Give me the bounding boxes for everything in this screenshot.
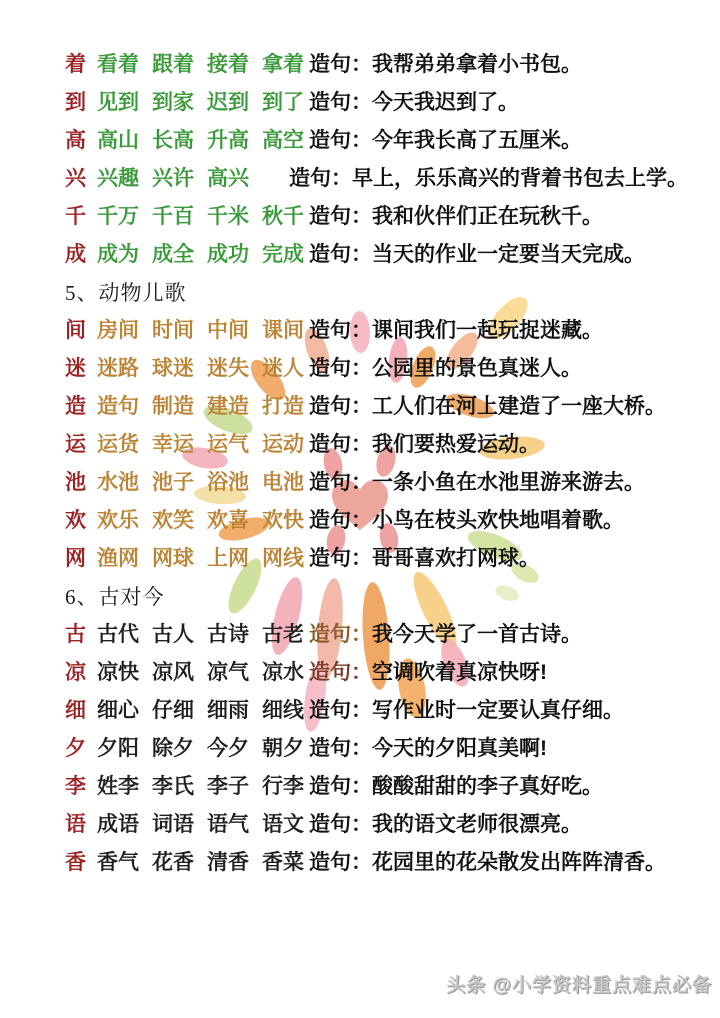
compound-word: 长高 [152,122,194,160]
compound-words: 运货幸运运气运动 [97,426,309,464]
main-character: 香 [65,844,97,882]
compound-word: 中间 [207,312,249,350]
compound-word: 到家 [152,84,194,122]
sentence-text: 酸酸甜甜的李子真好吃。 [372,775,603,798]
example-sentence: 造句：早上，乐乐高兴的背着书包去上学。 [289,160,688,198]
compound-words: 迷路球迷迷失迷人 [97,350,309,388]
compound-word: 古老 [262,616,304,654]
compound-words: 千万千百千米秋千 [97,198,309,236]
compound-word: 运动 [262,426,304,464]
vocab-row-池: 池水池池子浴池电池造句：一条小鱼在水池里游来游去。 [65,464,688,502]
compound-word: 渔网 [97,540,139,578]
example-sentence: 造句：当天的作业一定要当天完成。 [309,236,645,274]
sentence-label: 造句： [309,471,372,494]
example-sentence: 造句：写作业时一定要认真仔细。 [309,692,624,730]
compound-word: 仔细 [152,692,194,730]
compound-word: 兴趣 [97,160,139,198]
compound-word: 制造 [152,388,194,426]
main-character: 迷 [65,350,97,388]
vocab-row-千: 千千万千百千米秋千造句：我和伙伴们正在玩秋千。 [65,198,688,236]
compound-word: 高山 [97,122,139,160]
vocab-row-成: 成成为成全成功完成造句：当天的作业一定要当天完成。 [65,236,688,274]
vocab-row-到: 到见到到家迟到到了造句：今天我迟到了。 [65,84,688,122]
sentence-label: 造句： [309,205,372,228]
compound-word: 千万 [97,198,139,236]
vocab-row-间: 间房间时间中间课间造句：课间我们一起玩捉迷藏。 [65,312,688,350]
compound-word: 升高 [207,122,249,160]
compound-word: 网球 [152,540,194,578]
sentence-label: 造句： [309,851,372,874]
example-sentence: 造句：花园里的花朵散发出阵阵清香。 [309,844,666,882]
compound-words: 水池池子浴池电池 [97,464,309,502]
compound-word: 浴池 [207,464,249,502]
example-sentence: 造句：公园里的景色真迷人。 [309,350,582,388]
sentence-text: 一条小鱼在水池里游来游去。 [372,471,645,494]
compound-words: 姓李李氏李子行李 [97,768,309,806]
vocab-row-语: 语成语词语语气语文造句：我的语文老师很漂亮。 [65,806,688,844]
vocab-row-造: 造造句制造建造打造造句：工人们在河上建造了一座大桥。 [65,388,688,426]
sentence-text: 课间我们一起玩捉迷藏。 [372,319,603,342]
sentence-text: 我们要热爱运动。 [372,433,540,456]
sentence-text: 写作业时一定要认真仔细。 [372,699,624,722]
vocab-row-着: 着看着跟着接着拿着造句：我帮弟弟拿着小书包。 [65,46,688,84]
vocab-row-运: 运运货幸运运气运动造句：我们要热爱运动。 [65,426,688,464]
compound-words: 欢乐欢笑欢喜欢快 [97,502,309,540]
compound-word: 古代 [97,616,139,654]
example-sentence: 造句：课间我们一起玩捉迷藏。 [309,312,603,350]
compound-word: 幸运 [152,426,194,464]
sentence-label: 造句： [309,813,372,836]
compound-words: 高山长高升高高空 [97,122,309,160]
compound-word: 上网 [207,540,249,578]
compound-word: 清香 [207,844,249,882]
example-sentence: 造句：今年我长高了五厘米。 [309,122,582,160]
sentence-label: 造句： [309,53,372,76]
compound-word: 课间 [262,312,304,350]
compound-word: 细线 [262,692,304,730]
sentence-label: 造句： [309,357,372,380]
vocab-row-凉: 凉凉快凉风凉气凉水造句：空调吹着真凉快呀! [65,654,688,692]
sentence-label: 造句： [309,395,372,418]
compound-words: 看着跟着接着拿着 [97,46,309,84]
sentence-label: 造句： [289,167,352,190]
compound-words: 细心仔细细雨细线 [97,692,309,730]
compound-word: 夕阳 [97,730,139,768]
compound-word: 香气 [97,844,139,882]
compound-words: 夕阳除夕今夕朝夕 [97,730,309,768]
compound-word: 接着 [207,46,249,84]
main-character: 李 [65,768,97,806]
example-sentence: 造句：我的语文老师很漂亮。 [309,806,582,844]
compound-word: 完成 [262,236,304,274]
example-sentence: 造句：今天我迟到了。 [309,84,519,122]
section-header-section-6: 6、古对今 [65,578,688,616]
compound-words: 兴趣兴许高兴 [97,160,289,198]
compound-word: 迷路 [97,350,139,388]
example-sentence: 造句：空调吹着真凉快呀! [309,654,547,692]
compound-word: 成语 [97,806,139,844]
main-character: 造 [65,388,97,426]
main-character: 到 [65,84,97,122]
compound-word: 运气 [207,426,249,464]
example-sentence: 造句：小鸟在枝头欢快地唱着歌。 [309,502,624,540]
compound-word: 迷失 [207,350,249,388]
compound-word: 成为 [97,236,139,274]
compound-word: 凉水 [262,654,304,692]
compound-word: 欢快 [262,502,304,540]
sentence-label: 造句： [309,129,372,152]
sentence-text: 小鸟在枝头欢快地唱着歌。 [372,509,624,532]
compound-word: 李氏 [152,768,194,806]
compound-words: 香气花香清香香菜 [97,844,309,882]
compound-word: 迟到 [207,84,249,122]
main-character: 运 [65,426,97,464]
compound-word: 池子 [152,464,194,502]
compound-words: 房间时间中间课间 [97,312,309,350]
compound-word: 到了 [262,84,304,122]
example-sentence: 造句：我和伙伴们正在玩秋千。 [309,198,603,236]
example-sentence: 造句：一条小鱼在水池里游来游去。 [309,464,645,502]
main-character: 兴 [65,160,97,198]
sentence-label: 造句： [309,623,372,646]
sentence-label: 造句： [309,661,372,684]
compound-word: 语气 [207,806,249,844]
vocab-list: 着看着跟着接着拿着造句：我帮弟弟拿着小书包。到见到到家迟到到了造句：今天我迟到了… [65,46,688,882]
example-sentence: 造句：我们要热爱运动。 [309,426,540,464]
worksheet-page: 着看着跟着接着拿着造句：我帮弟弟拿着小书包。到见到到家迟到到了造句：今天我迟到了… [0,0,720,1018]
compound-word: 欢乐 [97,502,139,540]
compound-word: 千百 [152,198,194,236]
main-character: 千 [65,198,97,236]
sentence-text: 我的语文老师很漂亮。 [372,813,582,836]
sentence-text: 今天我迟到了。 [372,91,519,114]
compound-word: 水池 [97,464,139,502]
compound-word: 拿着 [262,46,304,84]
main-character: 池 [65,464,97,502]
compound-word: 语文 [262,806,304,844]
compound-words: 成为成全成功完成 [97,236,309,274]
compound-word: 成全 [152,236,194,274]
compound-word: 高空 [262,122,304,160]
sentence-text: 工人们在河上建造了一座大桥。 [372,395,666,418]
vocab-row-迷: 迷迷路球迷迷失迷人造句：公园里的景色真迷人。 [65,350,688,388]
compound-word: 秋千 [262,198,304,236]
compound-word: 今夕 [207,730,249,768]
compound-word: 凉气 [207,654,249,692]
compound-words: 渔网网球上网网线 [97,540,309,578]
vocab-row-古: 古古代古人古诗古老造句：我今天学了一首古诗。 [65,616,688,654]
compound-words: 凉快凉风凉气凉水 [97,654,309,692]
main-character: 间 [65,312,97,350]
sentence-text: 哥哥喜欢打网球。 [372,547,540,570]
compound-word: 见到 [97,84,139,122]
main-character: 欢 [65,502,97,540]
source-watermark: 头条 @小学资料重点难点必备 [446,970,712,997]
sentence-text: 今年我长高了五厘米。 [372,129,582,152]
sentence-label: 造句： [309,699,372,722]
example-sentence: 造句：工人们在河上建造了一座大桥。 [309,388,666,426]
compound-word: 姓李 [97,768,139,806]
example-sentence: 造句：我帮弟弟拿着小书包。 [309,46,582,84]
sentence-text: 公园里的景色真迷人。 [372,357,582,380]
compound-word: 球迷 [152,350,194,388]
compound-word: 朝夕 [262,730,304,768]
compound-word: 欢笑 [152,502,194,540]
sentence-label: 造句： [309,775,372,798]
compound-word: 成功 [207,236,249,274]
sentence-text: 花园里的花朵散发出阵阵清香。 [372,851,666,874]
sentence-text: 我今天学了一首古诗。 [372,623,582,646]
compound-word: 千米 [207,198,249,236]
compound-word: 打造 [262,388,304,426]
compound-words: 古代古人古诗古老 [97,616,309,654]
compound-word: 网线 [262,540,304,578]
compound-word: 运货 [97,426,139,464]
vocab-row-网: 网渔网网球上网网线造句：哥哥喜欢打网球。 [65,540,688,578]
compound-word: 跟着 [152,46,194,84]
section-header-section-5: 5、动物儿歌 [65,274,688,312]
sentence-text: 我帮弟弟拿着小书包。 [372,53,582,76]
compound-word: 行李 [262,768,304,806]
vocab-row-兴: 兴兴趣兴许高兴造句：早上，乐乐高兴的背着书包去上学。 [65,160,688,198]
example-sentence: 造句：哥哥喜欢打网球。 [309,540,540,578]
sentence-text: 早上，乐乐高兴的背着书包去上学。 [352,167,688,190]
sentence-label: 造句： [309,737,372,760]
main-character: 语 [65,806,97,844]
main-character: 凉 [65,654,97,692]
example-sentence: 造句：我今天学了一首古诗。 [309,616,582,654]
compound-word: 香菜 [262,844,304,882]
compound-word: 凉风 [152,654,194,692]
vocab-row-香: 香香气花香清香香菜造句：花园里的花朵散发出阵阵清香。 [65,844,688,882]
main-character: 着 [65,46,97,84]
main-character: 高 [65,122,97,160]
compound-word: 凉快 [97,654,139,692]
vocab-row-高: 高高山长高升高高空造句：今年我长高了五厘米。 [65,122,688,160]
sentence-label: 造句： [309,319,372,342]
compound-words: 造句制造建造打造 [97,388,309,426]
compound-word: 词语 [152,806,194,844]
compound-word: 房间 [97,312,139,350]
example-sentence: 造句：今天的夕阳真美啊! [309,730,547,768]
compound-word: 时间 [152,312,194,350]
sentence-label: 造句： [309,509,372,532]
sentence-text: 空调吹着真凉快呀! [372,661,547,684]
compound-word: 细雨 [207,692,249,730]
compound-word: 电池 [262,464,304,502]
compound-words: 成语词语语气语文 [97,806,309,844]
sentence-text: 今天的夕阳真美啊! [372,737,547,760]
compound-word: 细心 [97,692,139,730]
vocab-row-细: 细细心仔细细雨细线造句：写作业时一定要认真仔细。 [65,692,688,730]
main-character: 夕 [65,730,97,768]
main-character: 细 [65,692,97,730]
compound-word: 欢喜 [207,502,249,540]
sentence-text: 当天的作业一定要当天完成。 [372,243,645,266]
main-character: 成 [65,236,97,274]
compound-word: 兴许 [152,160,194,198]
compound-word: 古诗 [207,616,249,654]
example-sentence: 造句：酸酸甜甜的李子真好吃。 [309,768,603,806]
compound-word: 造句 [97,388,139,426]
compound-word: 花香 [152,844,194,882]
compound-word: 建造 [207,388,249,426]
vocab-row-欢: 欢欢乐欢笑欢喜欢快造句：小鸟在枝头欢快地唱着歌。 [65,502,688,540]
compound-word: 古人 [152,616,194,654]
sentence-label: 造句： [309,243,372,266]
compound-word: 迷人 [262,350,304,388]
sentence-label: 造句： [309,547,372,570]
compound-words: 见到到家迟到到了 [97,84,309,122]
vocab-row-夕: 夕夕阳除夕今夕朝夕造句：今天的夕阳真美啊! [65,730,688,768]
sentence-label: 造句： [309,433,372,456]
sentence-text: 我和伙伴们正在玩秋千。 [372,205,603,228]
sentence-label: 造句： [309,91,372,114]
main-character: 网 [65,540,97,578]
compound-word: 看着 [97,46,139,84]
compound-word: 李子 [207,768,249,806]
compound-word: 除夕 [152,730,194,768]
compound-word: 高兴 [207,160,249,198]
main-character: 古 [65,616,97,654]
vocab-row-李: 李姓李李氏李子行李造句：酸酸甜甜的李子真好吃。 [65,768,688,806]
